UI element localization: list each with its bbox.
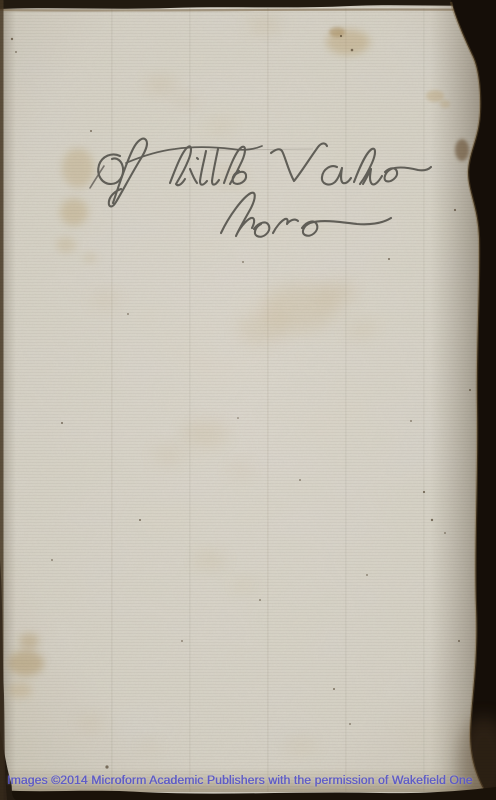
book-scan: Images ©2014 Microform Academic Publishe… [0,0,496,800]
paper-surface [0,0,496,800]
watermark-text: Images ©2014 Microform Academic Publishe… [7,773,493,788]
scanned-page-image [0,0,496,800]
